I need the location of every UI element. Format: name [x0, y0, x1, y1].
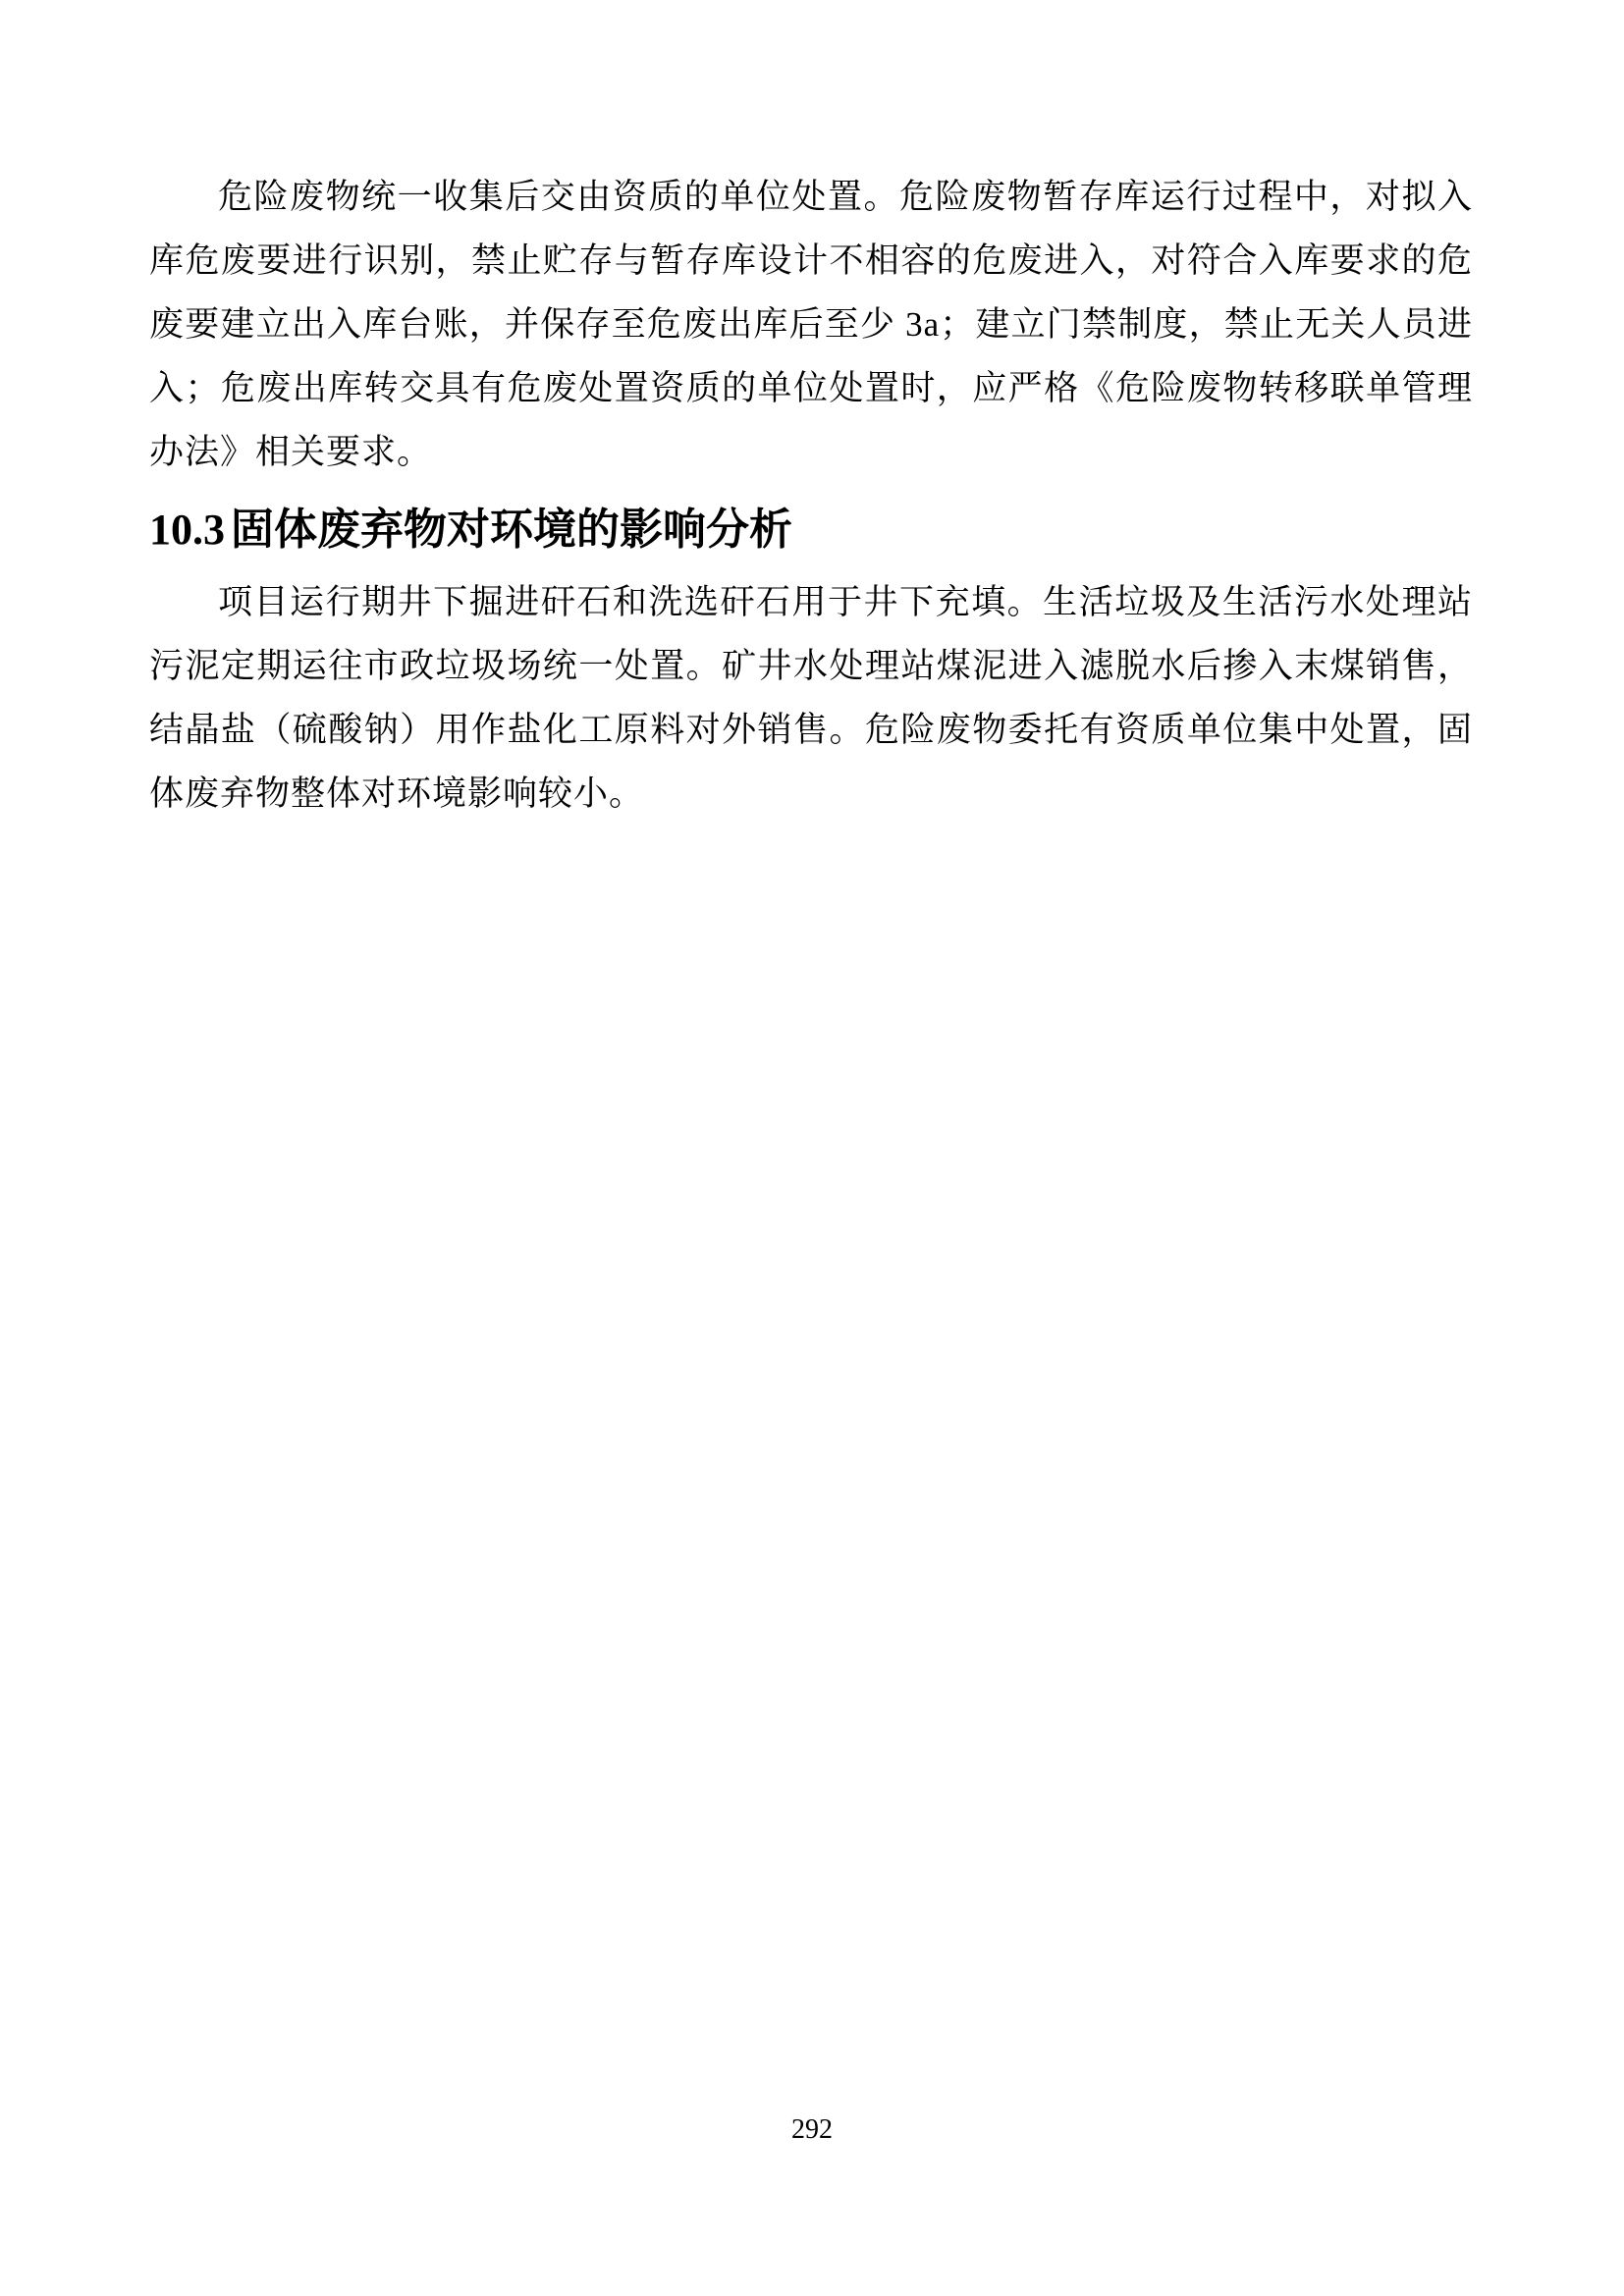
page-number: 292 [0, 2110, 1624, 2150]
paragraph-solid-waste-impact: 项目运行期井下掘进矸石和洗选矸石用于井下充填。生活垃圾及生活污水处理站污泥定期运… [149, 570, 1473, 826]
section-heading-title: 固体废弃物对环境的影响分析 [231, 505, 792, 555]
paragraph-hazardous-waste: 危险废物统一收集后交由资质的单位处置。危险废物暂存库运行过程中，对拟入库危废要进… [149, 165, 1473, 484]
section-heading-number: 10.3 [149, 506, 225, 554]
section-heading-10-3: 10.3固体废弃物对环境的影响分析 [149, 500, 1473, 561]
page-content: 危险废物统一收集后交由资质的单位处置。危险废物暂存库运行过程中，对拟入库危废要进… [149, 165, 1473, 826]
document-page: 危险废物统一收集后交由资质的单位处置。危险废物暂存库运行过程中，对拟入库危废要进… [0, 0, 1624, 2296]
